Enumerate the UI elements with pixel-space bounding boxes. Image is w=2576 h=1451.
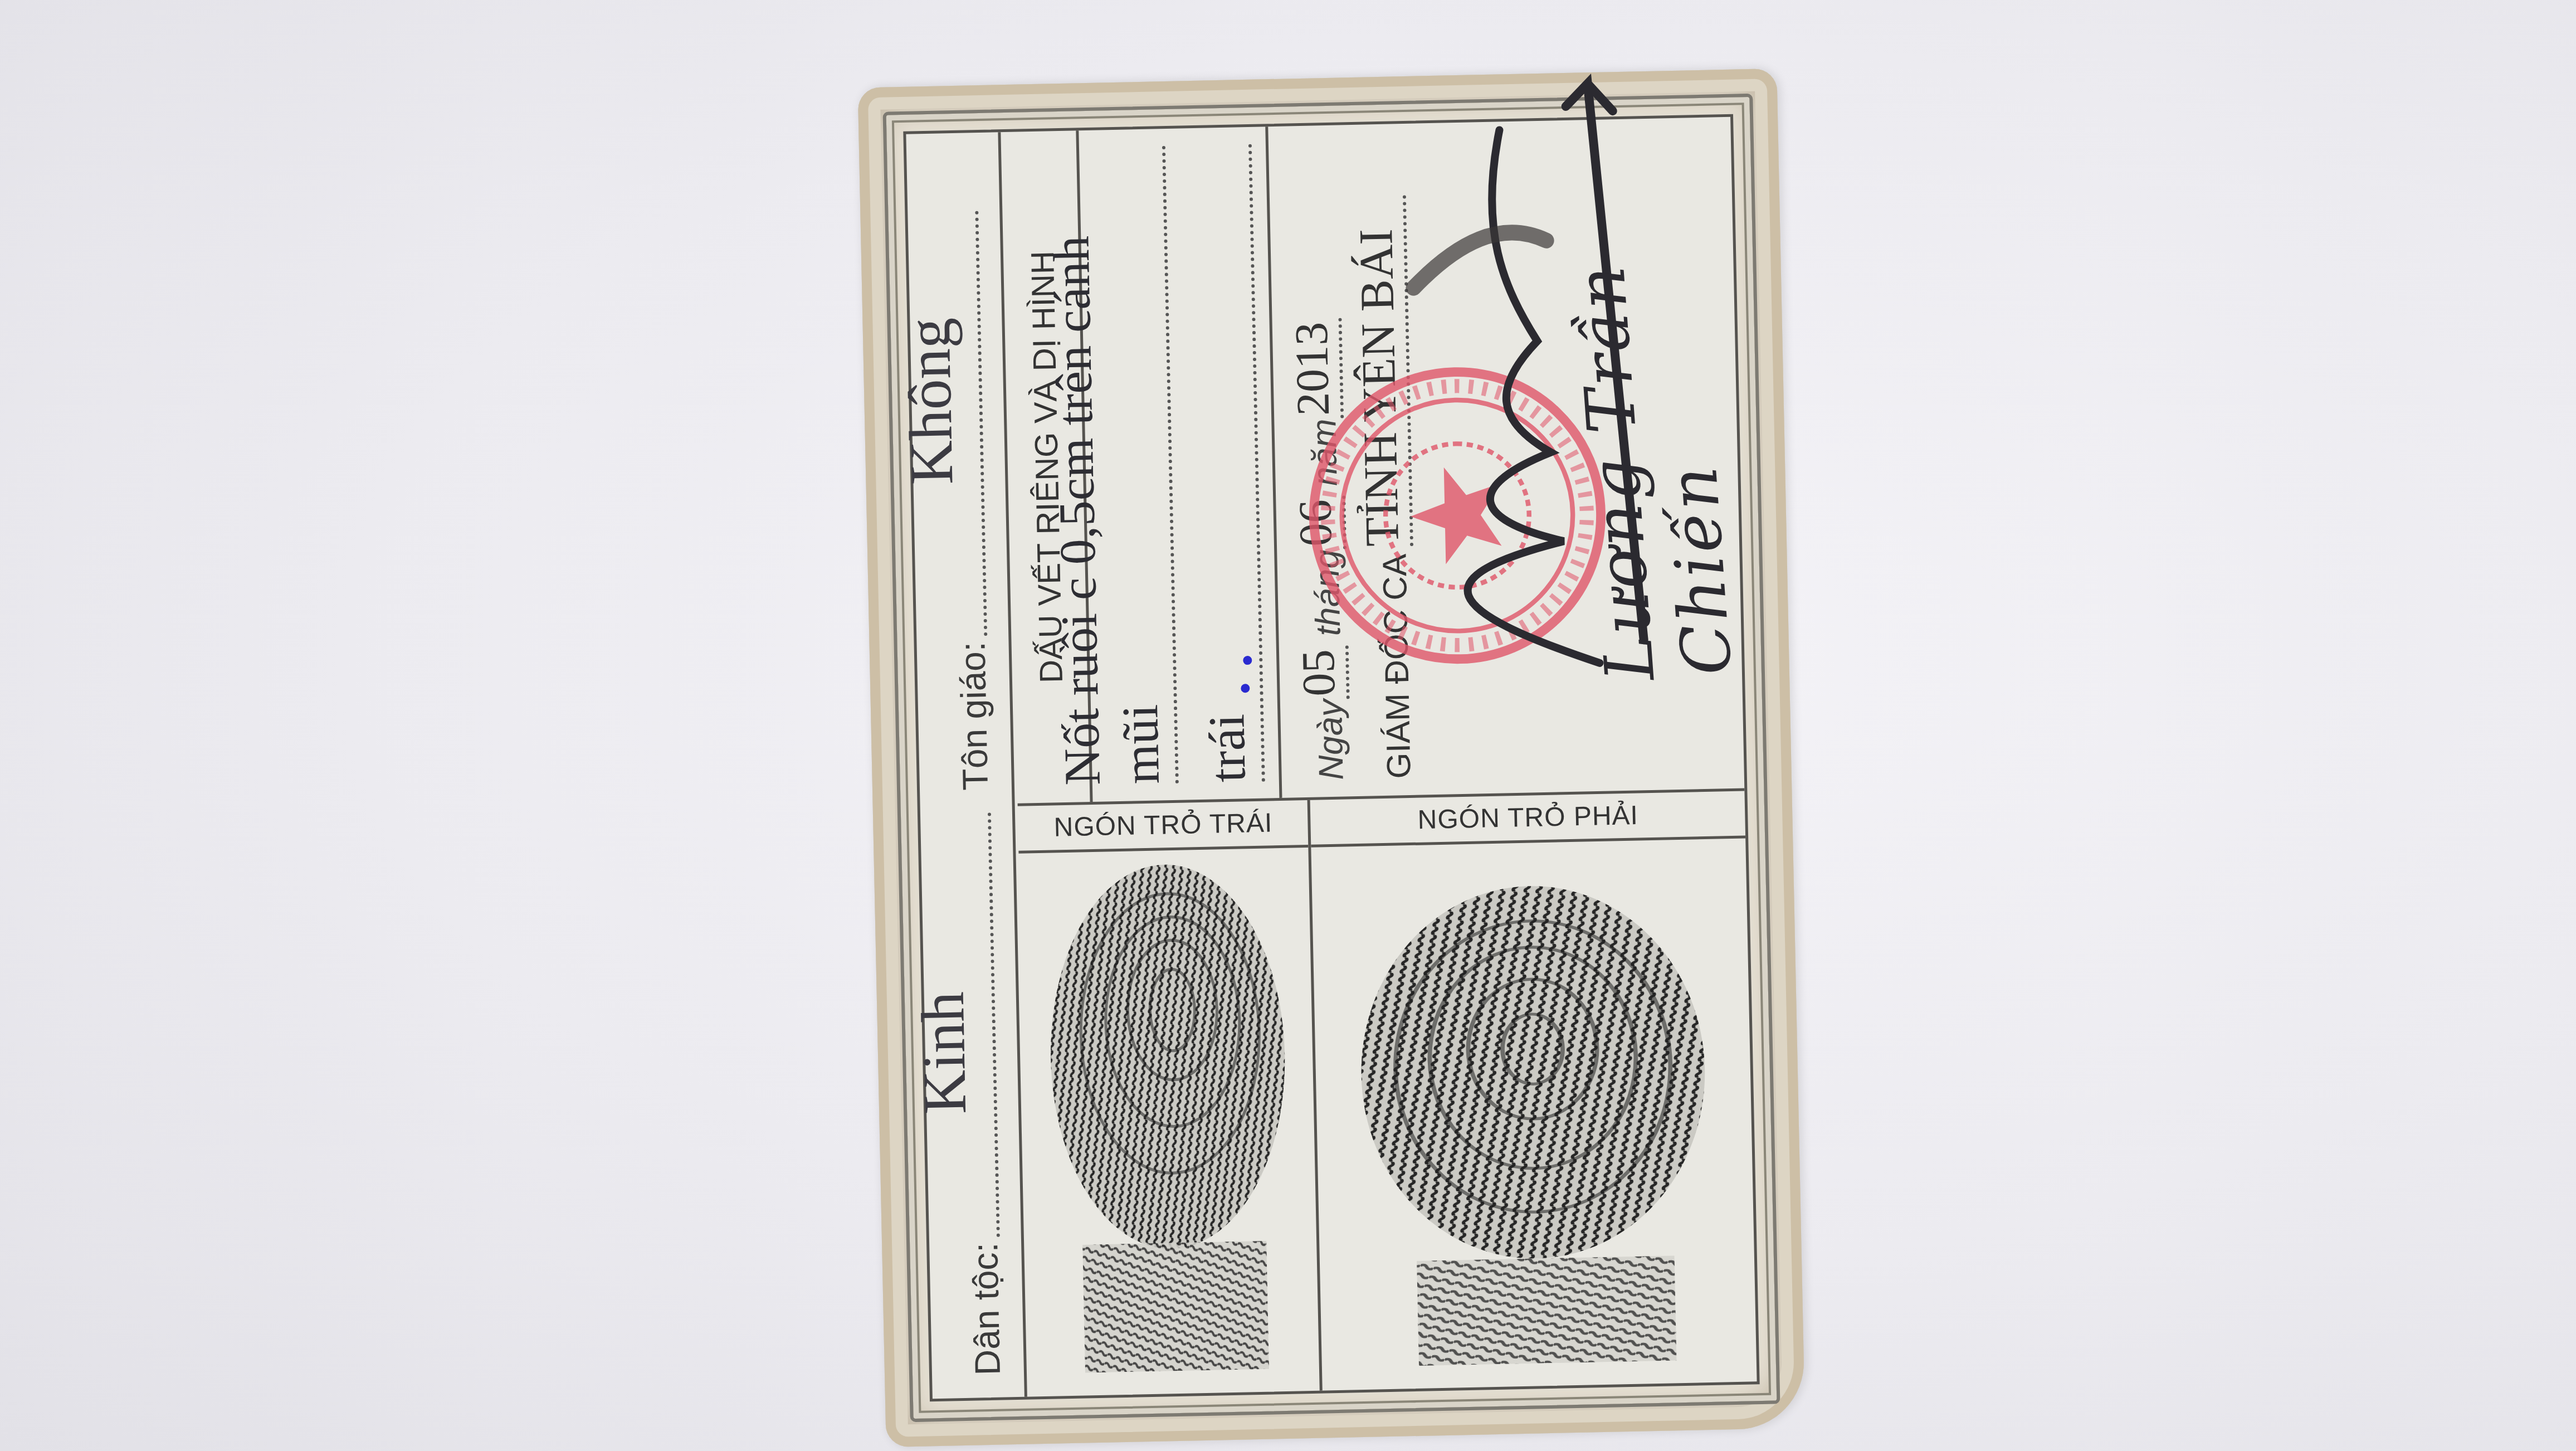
religion-value: Không: [893, 317, 967, 485]
right-index-fingerprint-box: NGÓN TRỎ PHẢI: [1310, 791, 1757, 1390]
left-index-label: NGÓN TRỎ TRÁI: [1053, 808, 1273, 843]
religion-field: Tôn giáo: Không: [943, 205, 996, 791]
fingerprint-left: [1030, 856, 1309, 1385]
right-index-label: NGÓN TRỎ PHẢI: [1417, 800, 1638, 835]
fingerprints-block: NGÓN TRỎ TRÁI: [1018, 788, 1757, 1396]
ethnicity-field: Dân tộc: Kinh: [955, 807, 1008, 1376]
day-label: Ngày: [1310, 699, 1352, 781]
id-card-photo: Dân tộc: Kinh Tôn giáo: Không: [858, 72, 1805, 1443]
religion-label: Tôn giáo:: [952, 641, 997, 791]
identifying-marks-line-2: trái: [1168, 144, 1265, 783]
left-index-fingerprint-box: NGÓN TRỎ TRÁI: [1018, 800, 1323, 1397]
id-card: Dân tộc: Kinh Tôn giáo: Không: [858, 69, 1806, 1447]
fingerprint-right: [1323, 847, 1746, 1379]
identifying-marks-and-issue: DẤU VẾT RIÊNG VÀ DỊ HÌNH Nốt ruồi c 0,5c…: [1003, 117, 1744, 804]
card-paper: Dân tộc: Kinh Tôn giáo: Không: [903, 114, 1759, 1402]
ethnicity-value: Kinh: [908, 991, 981, 1115]
identifying-marks-line-1: Nốt ruồi c 0,5cm trên cánh mũi: [1082, 145, 1179, 785]
ethnicity-label: Dân tộc:: [964, 1242, 1008, 1376]
